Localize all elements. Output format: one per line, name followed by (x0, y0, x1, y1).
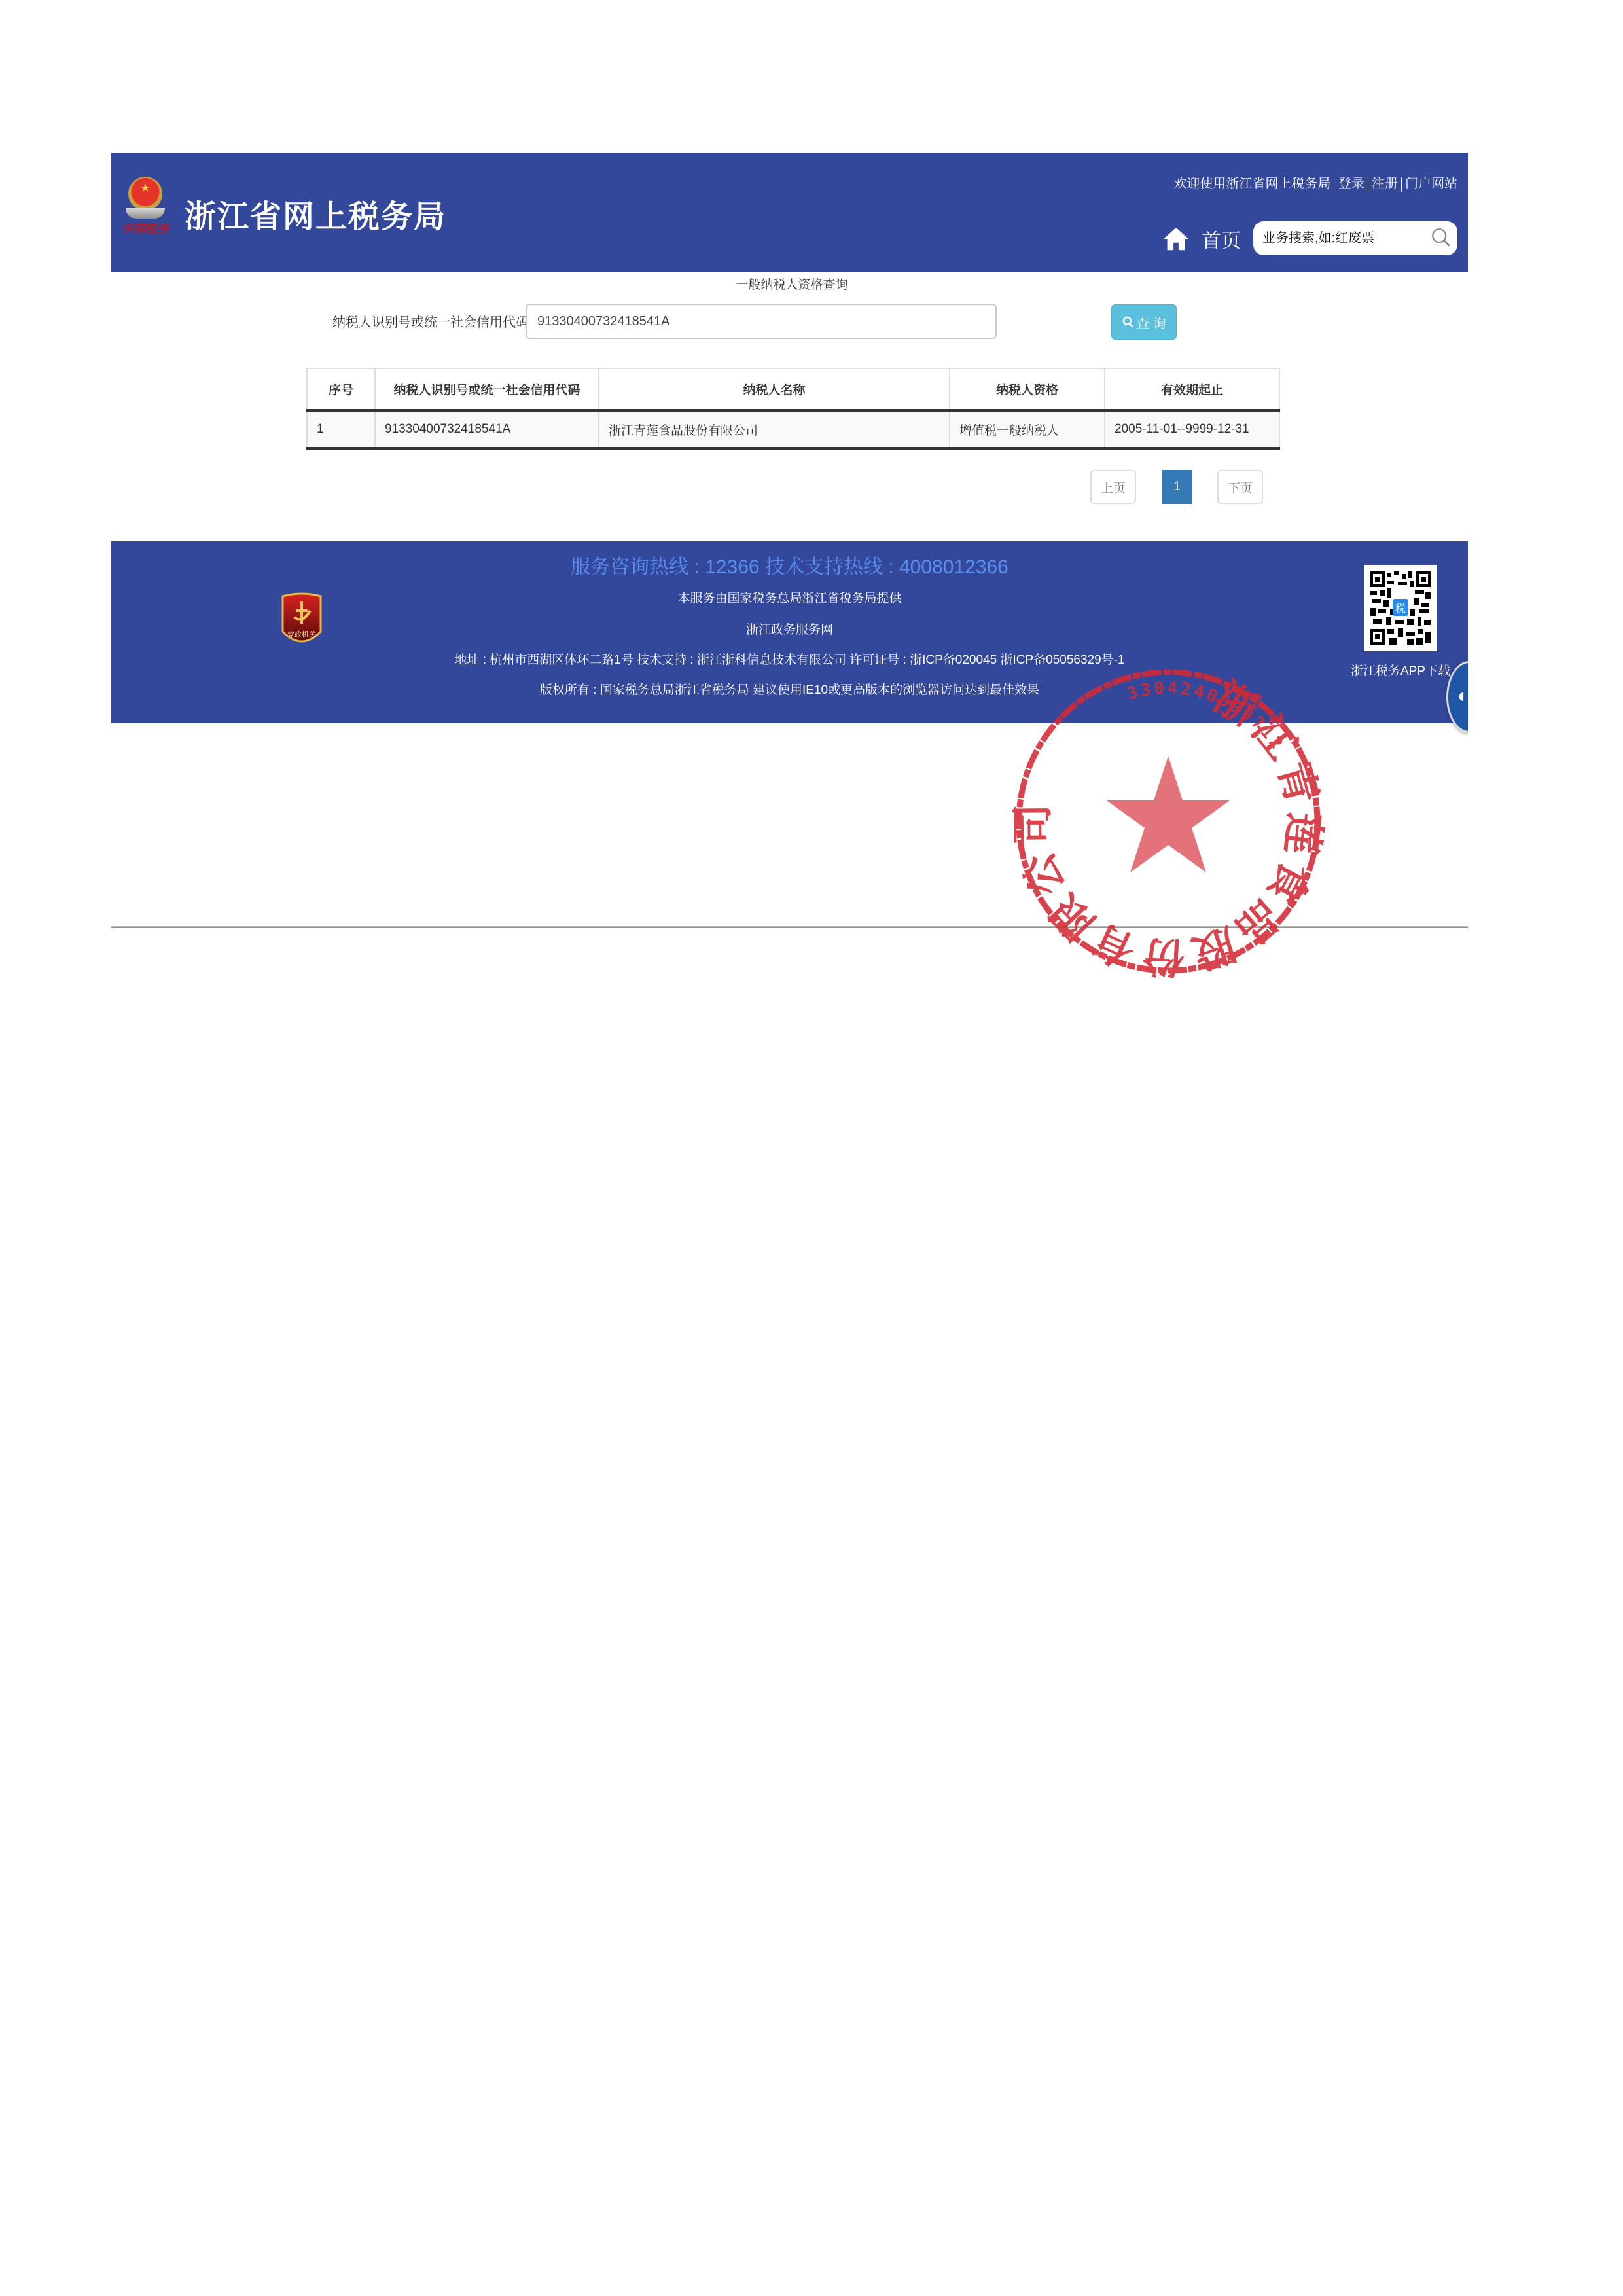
site-title: 浙江省网上税务局 (185, 191, 446, 236)
search-icon[interactable] (1430, 226, 1452, 249)
app-qr-code: 税 (1364, 565, 1437, 651)
cell-taxpayer-id: 91330400732418541A (375, 410, 599, 448)
app-download-label[interactable]: 浙江税务APP下载 (1342, 661, 1459, 679)
page-title: 一般纳税人资格查询 (733, 275, 851, 293)
taxpayer-id-input[interactable] (526, 304, 997, 339)
search-icon (1122, 315, 1135, 329)
cell-index: 1 (307, 410, 375, 448)
cell-validity: 2005-11-01--9999-12-31 (1105, 410, 1279, 448)
col-validity: 有效期起止 (1105, 368, 1279, 410)
prev-page-button[interactable]: 上页 (1090, 470, 1136, 504)
emblem-caption: 中国税务 (122, 220, 174, 237)
col-taxpayer-name: 纳税人名称 (599, 368, 950, 410)
home-label: 首页 (1202, 224, 1241, 253)
party-government-badge-icon[interactable]: 党政机关 (280, 591, 323, 651)
table-row: 1 91330400732418541A 浙江青莲食品股份有限公司 增值税一般纳… (307, 410, 1279, 448)
copyright-text: 版权所有 : 国家税务总局浙江省税务局 建议使用IE10或更高版本的浏览器访问达… (111, 680, 1468, 698)
query-button[interactable]: 查 询 (1111, 304, 1177, 340)
site-footer: 服务咨询热线 : 12366 技术支持热线 : 4008012366 本服务由国… (111, 541, 1468, 723)
address-text: 地址 : 杭州市西湖区体环二路1号 技术支持 : 浙江浙科信息技术有限公司 许可… (111, 650, 1468, 668)
hotline-text: 服务咨询热线 : 12366 技术支持热线 : 4008012366 (111, 550, 1468, 579)
col-qualification: 纳税人资格 (950, 368, 1105, 410)
query-button-label: 查 询 (1136, 313, 1166, 332)
divider (1368, 177, 1368, 192)
cell-taxpayer-name: 浙江青莲食品股份有限公司 (599, 410, 950, 448)
col-taxpayer-id: 纳税人识别号或统一社会信用代码 (375, 368, 599, 410)
svg-text:党政机关: 党政机关 (287, 630, 316, 639)
page-divider (111, 926, 1468, 928)
divider (1401, 177, 1402, 192)
taxpayer-id-label: 纳税人识别号或统一社会信用代码 (332, 312, 529, 331)
site-search (1253, 221, 1457, 255)
welcome-text: 欢迎使用浙江省网上税务局 (1173, 173, 1330, 192)
cell-qualification: 增值税一般纳税人 (950, 410, 1105, 448)
tax-emblem-logo: ★ 中国税务 (126, 177, 165, 234)
home-icon (1161, 224, 1191, 254)
site-header: ★ 中国税务 浙江省网上税务局 欢迎使用浙江省网上税务局 登录注册门户网站 首页 (111, 153, 1468, 272)
col-index: 序号 (307, 368, 375, 410)
next-page-button[interactable]: 下页 (1217, 470, 1263, 504)
site-search-input[interactable] (1262, 228, 1419, 249)
login-link[interactable]: 登录 (1338, 173, 1364, 192)
register-link[interactable]: 注册 (1372, 173, 1398, 192)
top-links: 欢迎使用浙江省网上税务局 登录注册门户网站 (1173, 173, 1457, 192)
page-1-button[interactable]: 1 (1162, 470, 1192, 504)
svg-text:税: 税 (1395, 602, 1406, 615)
home-link[interactable]: 首页 (1161, 224, 1241, 254)
result-table: 序号 纳税人识别号或统一社会信用代码 纳税人名称 纳税人资格 有效期起止 1 9… (306, 368, 1280, 450)
portal-link[interactable]: 门户网站 (1405, 173, 1457, 192)
table-header-row: 序号 纳税人识别号或统一社会信用代码 纳税人名称 纳税人资格 有效期起止 (307, 368, 1279, 410)
